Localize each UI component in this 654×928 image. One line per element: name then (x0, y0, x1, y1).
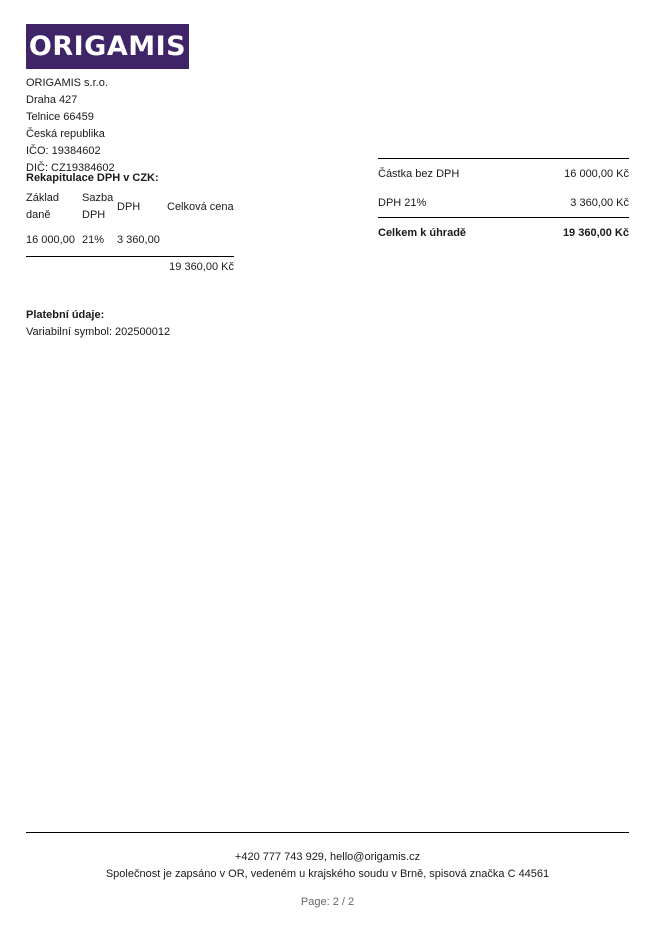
vat-recap-row: 16 000,00 21% 3 360,00 (26, 230, 234, 252)
company-address: ORIGAMIS s.r.o. Draha 427 Telnice 66459 … (26, 75, 115, 177)
summary-vat-value: 3 360,00 Kč (570, 197, 629, 209)
footer-registry: Společnost je zapsáno v OR, vedeném u kr… (26, 868, 629, 880)
summary-row-vat: DPH 21% 3 360,00 Kč (378, 188, 629, 217)
header-total: Celková cena (167, 199, 234, 216)
summary-net-label: Částka bez DPH (378, 168, 459, 180)
payment-title: Platební údaje: (26, 309, 104, 321)
summary-net-value: 16 000,00 Kč (564, 168, 629, 180)
footer-contact: +420 777 743 929, hello@origamis.cz (26, 851, 629, 863)
vat-recap-table: Základ daně Sazba DPH DPH Celková cena 1… (26, 190, 234, 252)
summary-row-total: Celkem k úhradě 19 360,00 Kč (378, 218, 629, 247)
header-rate-2: DPH (82, 207, 105, 224)
company-country: Česká republika (26, 126, 115, 143)
vat-recap-title: Rekapitulace DPH v CZK: (26, 172, 159, 184)
summary-row-net: Částka bez DPH 16 000,00 Kč (378, 159, 629, 188)
row-base: 16 000,00 (26, 232, 75, 249)
row-rate: 21% (82, 232, 104, 249)
variable-symbol: Variabilní symbol: 202500012 (26, 326, 170, 338)
header-rate-1: Sazba (82, 190, 113, 207)
header-vat: DPH (117, 199, 140, 216)
vat-recap-grand-total: 19 360,00 Kč (26, 261, 234, 273)
logo-text: ORIGAMIS (29, 31, 186, 62)
summary-total-value: 19 360,00 Kč (563, 227, 629, 239)
vat-recap-header: Základ daně Sazba DPH DPH Celková cena (26, 190, 234, 226)
company-name: ORIGAMIS s.r.o. (26, 75, 115, 92)
company-street: Draha 427 (26, 92, 115, 109)
vat-recap-divider (26, 256, 234, 257)
header-base-2: daně (26, 207, 50, 224)
invoice-summary: Částka bez DPH 16 000,00 Kč DPH 21% 3 36… (378, 158, 629, 247)
header-base-1: Základ (26, 190, 59, 207)
summary-vat-label: DPH 21% (378, 197, 426, 209)
company-ico: IČO: 19384602 (26, 143, 115, 160)
summary-total-label: Celkem k úhradě (378, 227, 466, 239)
row-vat: 3 360,00 (117, 232, 160, 249)
footer-divider (26, 832, 629, 833)
company-city: Telnice 66459 (26, 109, 115, 126)
company-logo: ORIGAMIS (26, 24, 189, 69)
page-number: Page: 2 / 2 (26, 896, 629, 908)
